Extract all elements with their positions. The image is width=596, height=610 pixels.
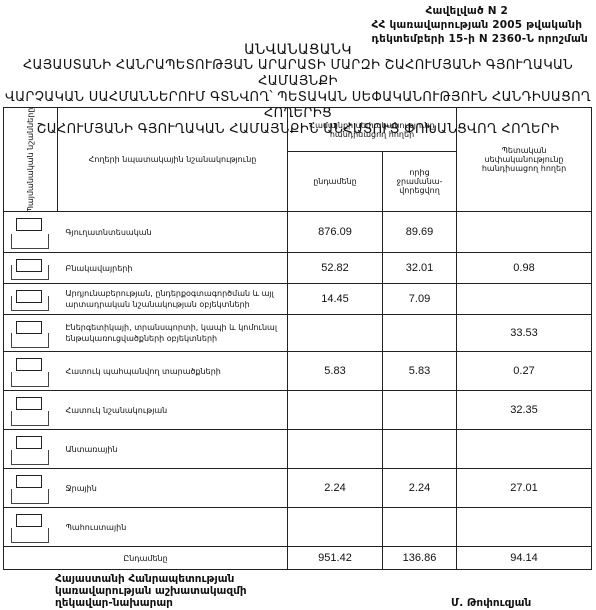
legend-box-icon bbox=[16, 436, 42, 449]
legend-symbol bbox=[4, 508, 58, 547]
header-total: ընդամենը bbox=[288, 152, 383, 212]
totals-row: Ընդամենը 951.42 136.86 94.14 bbox=[4, 547, 592, 570]
bracket-icon bbox=[11, 489, 49, 504]
legend-symbol bbox=[4, 284, 58, 315]
footer-line-2: կառավարության աշխատակազմի bbox=[55, 585, 247, 597]
bracket-icon bbox=[11, 234, 49, 249]
legend-symbol bbox=[4, 212, 58, 253]
row-label: Արդյունաբերության, ընդերքօգտագործման և ա… bbox=[58, 284, 288, 315]
table-row: Անտառային bbox=[4, 430, 592, 469]
title-line-1: ՀԱՅԱՍՏԱՆԻ ՀԱՆՐԱՊԵՏՈՒԹՅԱՆ ԱՐԱՐԱՏԻ ՄԱՐԶԻ Շ… bbox=[0, 58, 596, 90]
legend-symbol bbox=[4, 253, 58, 284]
row-total bbox=[288, 508, 383, 547]
legend-symbol bbox=[4, 430, 58, 469]
table-row: Բնակավայրերի52.8232.010.98 bbox=[4, 253, 592, 284]
row-total bbox=[288, 391, 383, 430]
bracket-icon bbox=[11, 528, 49, 543]
totals-irrigated: 136.86 bbox=[383, 547, 457, 570]
row-state bbox=[457, 508, 592, 547]
legend-box-icon bbox=[16, 514, 42, 527]
row-label: Բնակավայրերի bbox=[58, 253, 288, 284]
row-total: 14.45 bbox=[288, 284, 383, 315]
row-state bbox=[457, 212, 592, 253]
row-state: 33.53 bbox=[457, 315, 592, 352]
table-row: Արդյունաբերության, ընդերքօգտագործման և ա… bbox=[4, 284, 592, 315]
approval-note: Հավելված N 2 ՀՀ կառավարության 2005 թվակա… bbox=[372, 4, 588, 46]
row-total: 2.24 bbox=[288, 469, 383, 508]
table-row: Էներգետիկայի, տրանսպորտի, կապի և կոմունա… bbox=[4, 315, 592, 352]
totals-label: Ընդամենը bbox=[4, 547, 288, 570]
row-state: 0.27 bbox=[457, 352, 592, 391]
legend-symbol bbox=[4, 352, 58, 391]
footer-line-3: ղեկավար-նախարար bbox=[55, 597, 247, 609]
row-total: 5.83 bbox=[288, 352, 383, 391]
table-row: Պահուստային bbox=[4, 508, 592, 547]
legend-box-icon bbox=[16, 218, 42, 231]
land-table: Պայմանական նշանները Հողերի նպատակային նշ… bbox=[3, 107, 592, 570]
legend-symbol bbox=[4, 391, 58, 430]
table-row: Հատուկ պահպանվող տարածքների5.835.830.27 bbox=[4, 352, 592, 391]
row-irrigated bbox=[383, 391, 457, 430]
table-row: Գյուղատնտեսական876.0989.69 bbox=[4, 212, 592, 253]
row-state: 32.35 bbox=[457, 391, 592, 430]
table-row: Ջրային2.242.2427.01 bbox=[4, 469, 592, 508]
row-total bbox=[288, 430, 383, 469]
footer-line-1: Հայաստանի Հանրապետության bbox=[55, 573, 247, 585]
row-irrigated: 32.01 bbox=[383, 253, 457, 284]
signature-name: Մ. Թոփուզյան bbox=[451, 597, 531, 609]
row-state: 27.01 bbox=[457, 469, 592, 508]
legend-box-icon bbox=[16, 358, 42, 371]
totals-total: 951.42 bbox=[288, 547, 383, 570]
approval-line-1: Հավելված N 2 bbox=[372, 4, 588, 18]
row-total: 52.82 bbox=[288, 253, 383, 284]
header-purpose: Հողերի նպատակային նշանակությունը bbox=[58, 108, 288, 212]
header-state: Պետական սեփականությունը հանդիսացող հողեր bbox=[457, 108, 592, 212]
row-label: Անտառային bbox=[58, 430, 288, 469]
row-irrigated bbox=[383, 508, 457, 547]
row-label: Հատուկ նշանակության bbox=[58, 391, 288, 430]
row-state bbox=[457, 430, 592, 469]
header-irrigated: որից ջրամանա-վորեցվող bbox=[383, 152, 457, 212]
legend-symbol bbox=[4, 315, 58, 352]
legend-box-icon bbox=[16, 290, 42, 303]
header-community: Համայնքի սեփականությունը հանդիսացող հողե… bbox=[288, 108, 457, 152]
title-main: ԱՆՎԱՆԱՑԱՆԿ bbox=[0, 42, 596, 58]
row-state bbox=[457, 284, 592, 315]
bracket-icon bbox=[11, 372, 49, 387]
row-label: Էներգետիկայի, տրանսպորտի, կապի և կոմունա… bbox=[58, 315, 288, 352]
footer-signatory: Հայաստանի Հանրապետության կառավարության ա… bbox=[55, 573, 247, 609]
header-code: Պայմանական նշանները bbox=[4, 108, 58, 212]
row-label: Պահուստային bbox=[58, 508, 288, 547]
legend-box-icon bbox=[16, 259, 42, 272]
totals-state: 94.14 bbox=[457, 547, 592, 570]
row-irrigated: 89.69 bbox=[383, 212, 457, 253]
legend-box-icon bbox=[16, 475, 42, 488]
row-irrigated: 5.83 bbox=[383, 352, 457, 391]
bracket-icon bbox=[11, 333, 49, 348]
row-irrigated: 2.24 bbox=[383, 469, 457, 508]
legend-box-icon bbox=[16, 397, 42, 410]
row-irrigated: 7.09 bbox=[383, 284, 457, 315]
row-irrigated bbox=[383, 315, 457, 352]
legend-box-icon bbox=[16, 321, 42, 334]
row-irrigated bbox=[383, 430, 457, 469]
legend-symbol bbox=[4, 469, 58, 508]
row-label: Գյուղատնտեսական bbox=[58, 212, 288, 253]
row-total: 876.09 bbox=[288, 212, 383, 253]
table-row: Հատուկ նշանակության32.35 bbox=[4, 391, 592, 430]
bracket-icon bbox=[11, 450, 49, 465]
row-total bbox=[288, 315, 383, 352]
bracket-icon bbox=[11, 411, 49, 426]
row-label: Հատուկ պահպանվող տարածքների bbox=[58, 352, 288, 391]
approval-line-2: ՀՀ կառավարության 2005 թվականի bbox=[372, 18, 588, 32]
row-label: Ջրային bbox=[58, 469, 288, 508]
row-state: 0.98 bbox=[457, 253, 592, 284]
